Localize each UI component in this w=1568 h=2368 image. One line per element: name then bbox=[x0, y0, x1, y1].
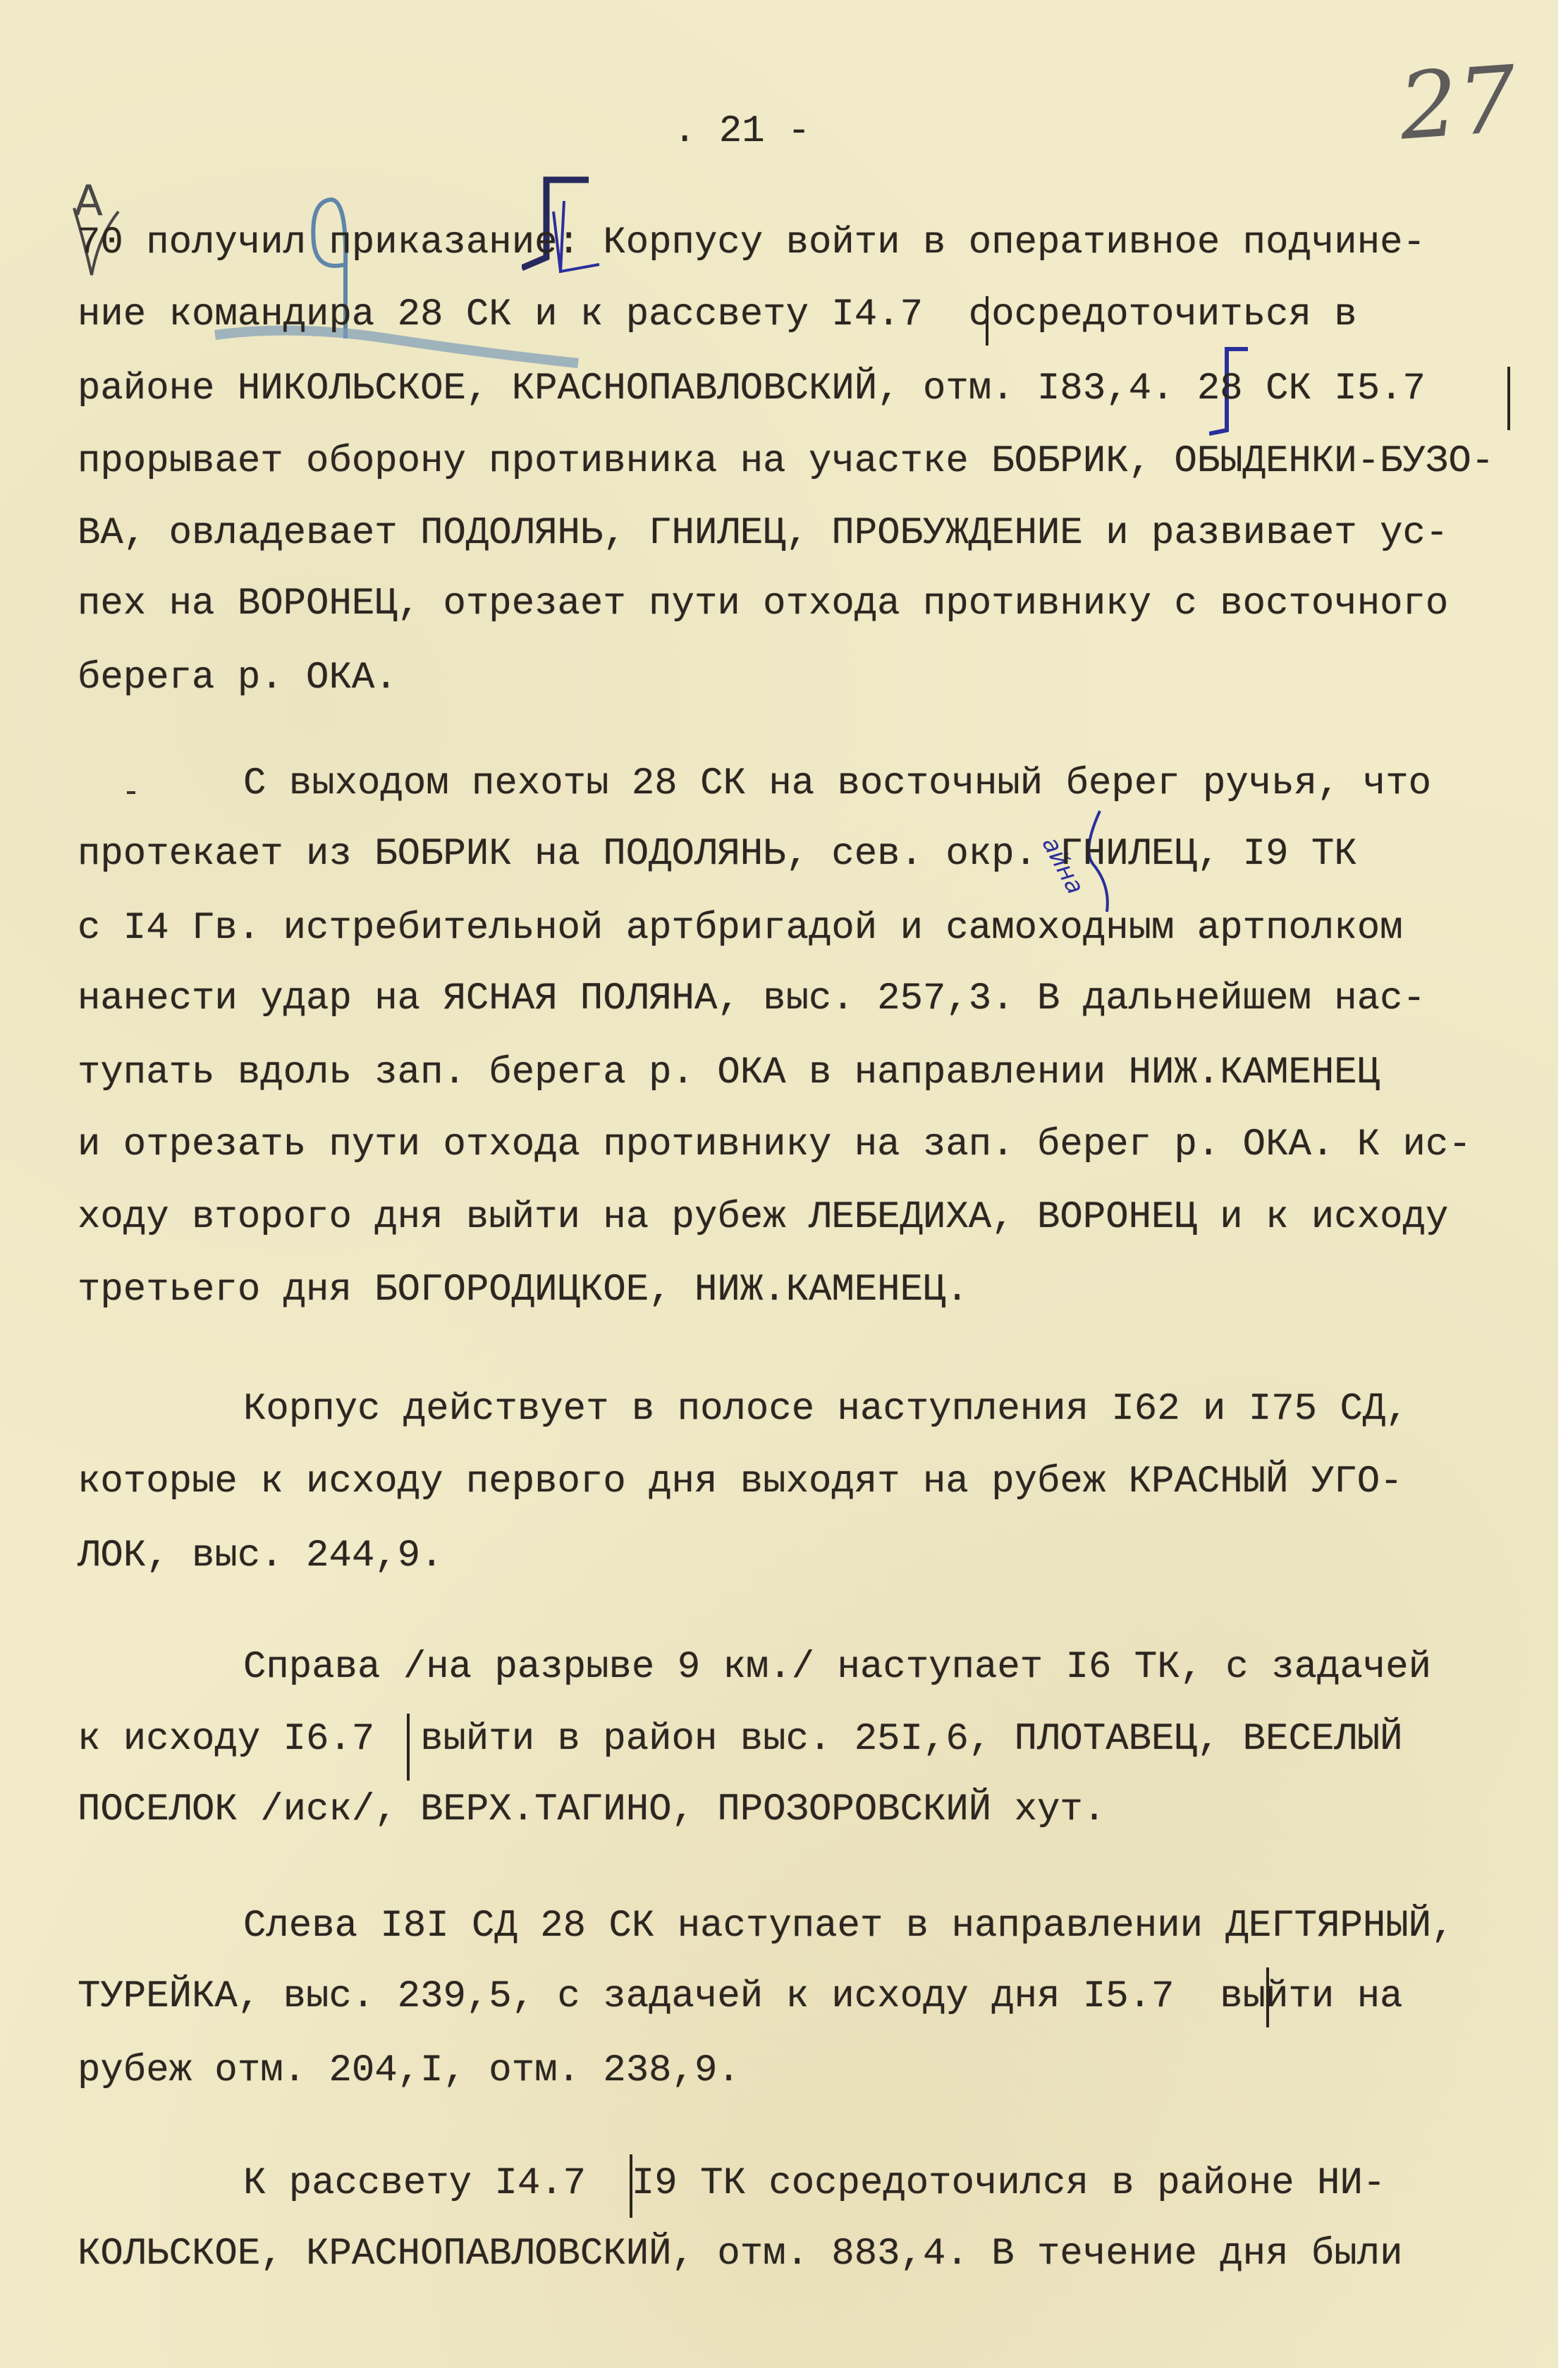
text-line: пех на ВОРОНЕЦ, отрезает пути отхода про… bbox=[78, 585, 1448, 623]
handwritten-sheet-number: 27 bbox=[1396, 45, 1520, 160]
text-line: рубеж отм. 204,I, отм. 238,9. bbox=[78, 2052, 740, 2090]
text-line: берега р. ОКА. bbox=[78, 659, 398, 697]
text-line: ПОСЕЛОК /иск/, ВЕРХ.ТАГИНО, ПРОЗОРОВСКИЙ… bbox=[78, 1791, 1105, 1829]
text-line: тупать вдоль зап. берега р. ОКА в направ… bbox=[78, 1054, 1380, 1092]
document-page: . 21 - 27 А айна 70 получил приказание: … bbox=[0, 0, 1558, 2368]
text-line: ВА, овладевает ПОДОЛЯНЬ, ГНИЛЕЦ, ПРОБУЖД… bbox=[78, 515, 1448, 553]
text-line: районе НИКОЛЬСКОЕ, КРАСНОПАВЛОВСКИЙ, отм… bbox=[78, 370, 1426, 408]
text-line: ЛОК, выс. 244,9. bbox=[78, 1537, 443, 1575]
text-line: КОЛЬСКОЕ, КРАСНОПАВЛОВСКИЙ, отм. 883,4. … bbox=[78, 2235, 1403, 2274]
text-line: С выходом пехоты 28 СК на восточный бере… bbox=[243, 765, 1431, 803]
typed-page-number: . 21 - bbox=[673, 113, 810, 151]
margin-dash bbox=[127, 791, 135, 794]
text-line: и отрезать пути отхода противнику на зап… bbox=[78, 1126, 1471, 1164]
text-line: 70 получил приказание: Корпусу войти в о… bbox=[78, 224, 1426, 262]
text-line: протекает из БОБРИК на ПОДОЛЯНЬ, сев. ок… bbox=[78, 836, 1357, 874]
text-line: ние командира 28 СК и к рассвету I4.7 со… bbox=[78, 296, 1357, 334]
text-line: Справа /на разрыве 9 км./ наступает I6 Т… bbox=[243, 1649, 1431, 1687]
date-bar bbox=[1507, 367, 1510, 430]
text-line: с I4 Гв. истребительной артбригадой и са… bbox=[78, 910, 1403, 948]
text-line: которые к исходу первого дня выходят на … bbox=[78, 1463, 1403, 1501]
text-line: К рассвету I4.7 I9 ТК сосредоточился в р… bbox=[243, 2165, 1385, 2203]
text-line: нанести удар на ЯСНАЯ ПОЛЯНА, выс. 257,3… bbox=[78, 980, 1426, 1018]
text-line: к исходу I6.7 выйти в район выс. 25I,6, … bbox=[78, 1721, 1403, 1759]
text-line: прорывает оборону противника на участке … bbox=[78, 443, 1494, 481]
text-line: ходу второго дня выйти на рубеж ЛЕБЕДИХА… bbox=[78, 1199, 1448, 1237]
text-line: третьего дня БОГОРОДИЦКОЕ, НИЖ.КАМЕНЕЦ. bbox=[78, 1271, 969, 1310]
text-line: ТУРЕЙКА, выс. 239,5, с задачей к исходу … bbox=[78, 1978, 1403, 2016]
text-line: Корпус действует в полосе наступления I6… bbox=[243, 1391, 1409, 1429]
text-line: Слева I8I СД 28 СК наступает в направлен… bbox=[243, 1908, 1454, 1946]
